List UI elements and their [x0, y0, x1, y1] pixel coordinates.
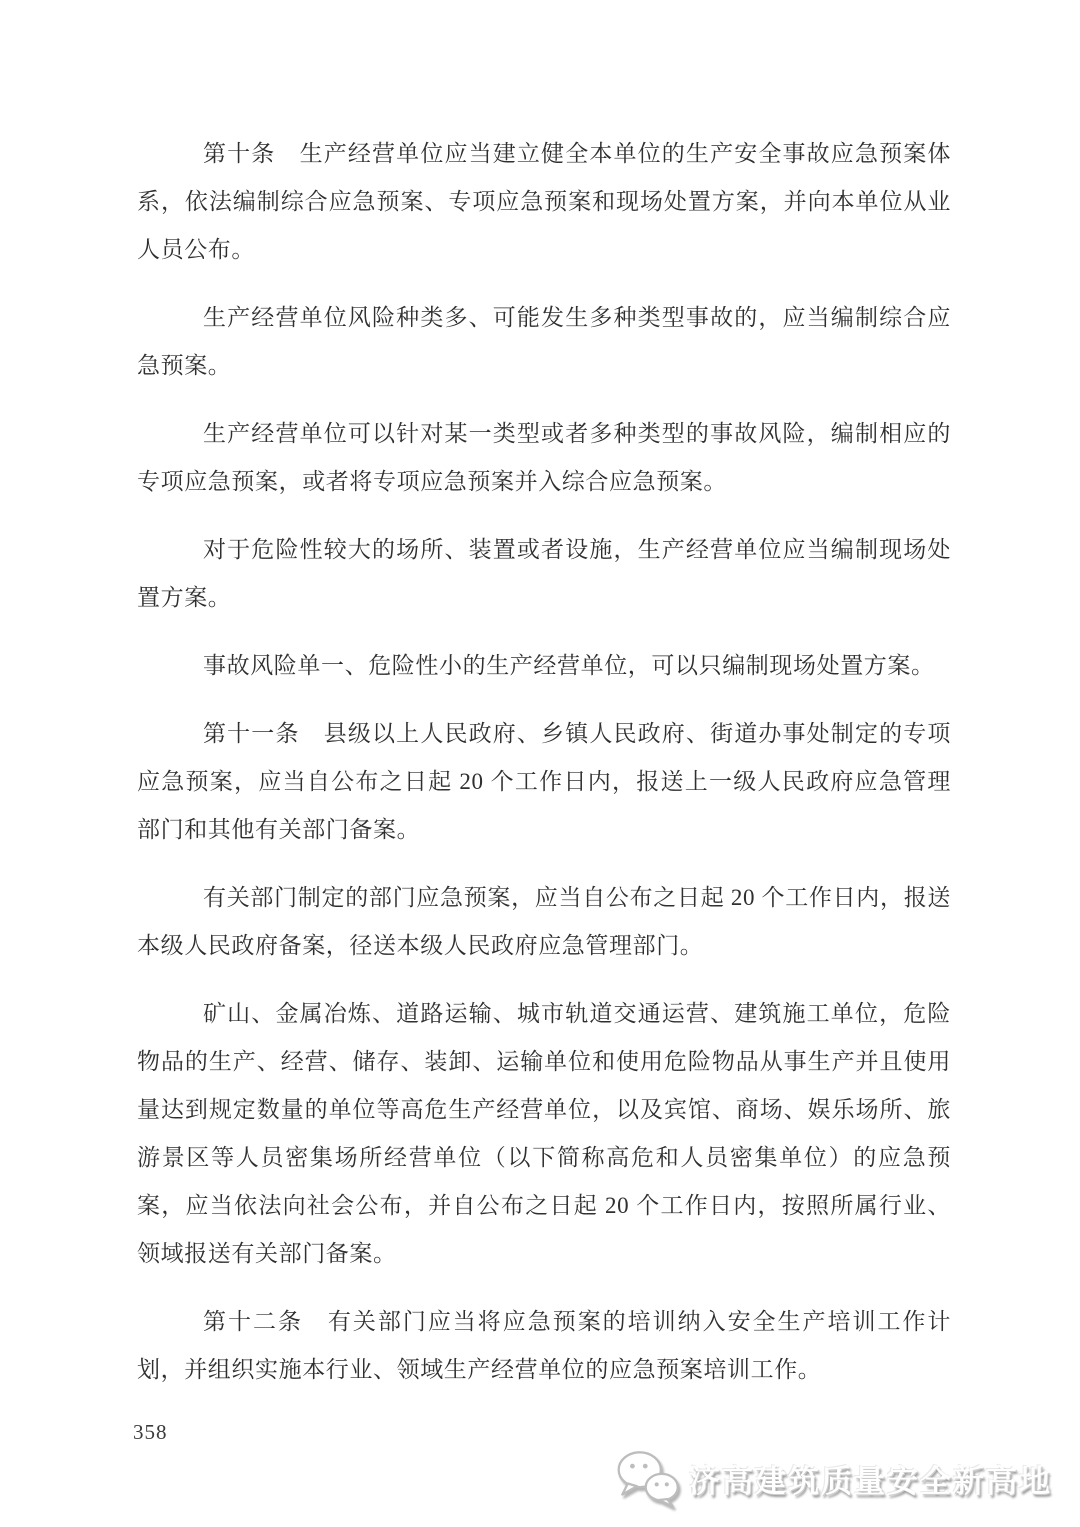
watermark-text: 济高建筑质量安全新高地	[689, 1456, 1052, 1501]
paragraph: 生产经营单位风险种类多、可能发生多种类型事故的，应当编制综合应急预案。	[137, 294, 951, 390]
paragraph: 第十二条 有关部门应当将应急预案的培训纳入安全生产培训工作计划，并组织实施本行业…	[137, 1298, 951, 1394]
watermark: 济高建筑质量安全新高地	[615, 1448, 1052, 1508]
paragraph: 事故风险单一、危险性小的生产经营单位，可以只编制现场处置方案。	[137, 642, 951, 690]
paragraph: 第十条 生产经营单位应当建立健全本单位的生产安全事故应急预案体系，依法编制综合应…	[137, 130, 951, 274]
paragraph: 生产经营单位可以针对某一类型或者多种类型的事故风险，编制相应的专项应急预案，或者…	[137, 410, 951, 506]
paragraph: 第十一条 县级以上人民政府、乡镇人民政府、街道办事处制定的专项应急预案，应当自公…	[137, 710, 951, 854]
paragraph: 矿山、金属冶炼、道路运输、城市轨道交通运营、建筑施工单位，危险物品的生产、经营、…	[137, 990, 951, 1278]
paragraph: 有关部门制定的部门应急预案，应当自公布之日起 20 个工作日内，报送本级人民政府…	[137, 874, 951, 970]
document-body: 第十条 生产经营单位应当建立健全本单位的生产安全事故应急预案体系，依法编制综合应…	[137, 130, 951, 1414]
wechat-icon	[615, 1448, 681, 1508]
paragraph: 对于危险性较大的场所、装置或者设施，生产经营单位应当编制现场处置方案。	[137, 526, 951, 622]
page-number: 358	[133, 1420, 168, 1445]
document-page: 第十条 生产经营单位应当建立健全本单位的生产安全事故应急预案体系，依法编制综合应…	[0, 0, 1080, 1527]
